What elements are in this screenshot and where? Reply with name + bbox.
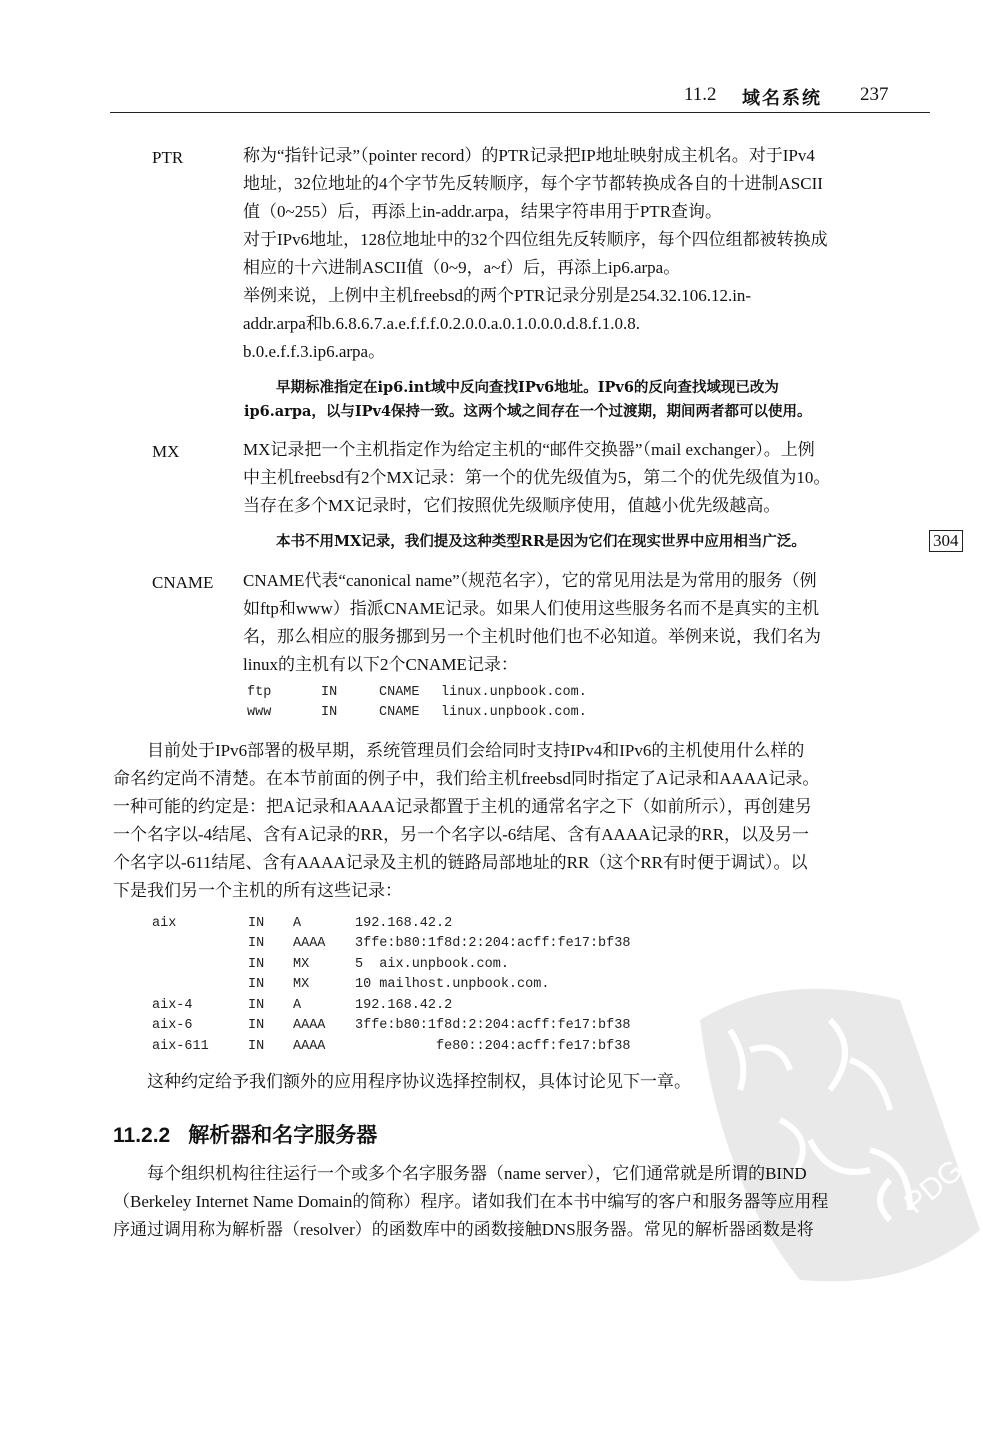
text-line: 当存在多个MX记录时，它们按照优先级顺序使用，值越小优先级越高。: [243, 492, 923, 520]
body-paragraph-resolvers: 每个组织机构往往运行一个或多个名字服务器（name server），它们通常就是…: [113, 1160, 928, 1244]
page-number: 237: [860, 84, 889, 106]
note-line: 早期标准指定在ip6.int域中反向查找IPv6地址。IPv6的反向查找域现已改…: [276, 376, 926, 400]
text-line: 地址，32位地址的4个字节先反转顺序，每个字节都转换成各自的十进制ASCII: [243, 170, 923, 198]
record-row: aix-6INAAAA3ffe:b80:1f8d:2:204:acff:fe17…: [152, 1016, 630, 1037]
text-line: 下是我们另一个主机的所有这些记录：: [113, 877, 928, 905]
text-line: 一种可能的约定是：把A记录和AAAA记录都置于主机的通常名字之下（如前所示），再…: [113, 793, 928, 821]
text-line: 一个名字以-4结尾、含有A记录的RR，另一个名字以-6结尾、含有AAAA记录的R…: [113, 821, 928, 849]
text-line: 对于IPv6地址，128位地址中的32个四位组先反转顺序，每个四位组都被转换成: [243, 226, 923, 254]
text-line: MX记录把一个主机指定作为给定主机的“邮件交换器”（mail exchanger…: [243, 436, 923, 464]
record-row: aixINA192.168.42.2: [152, 913, 630, 934]
section-title: 解析器和名字服务器: [188, 1124, 377, 1147]
text-line: 每个组织机构往往运行一个或多个名字服务器（name server），它们通常就是…: [113, 1160, 928, 1188]
code-row: www IN CNAME linux.unpbook.com.: [247, 703, 587, 724]
header-section-number: 11.2: [684, 84, 717, 106]
text-line: 如ftp和www）指派CNAME记录。如果人们使用这些服务名而不是真实的主机: [243, 595, 923, 623]
text-line: addr.arpa和b.6.8.6.7.a.e.f.f.f.0.2.0.0.a.…: [243, 310, 923, 338]
text-line: linux的主机有以下2个CNAME记录：: [243, 651, 923, 679]
running-header: 11.2 域名系统 237: [110, 84, 930, 114]
text-line: 举例来说，上例中主机freebsd的两个PTR记录分别是254.32.106.1…: [243, 282, 923, 310]
note-line: ip6.arpa，以与IPv4保持一致。这两个域之间存在一个过渡期，期间两者都可…: [244, 400, 926, 424]
record-row: aix-4INA192.168.42.2: [152, 995, 630, 1016]
term-cname: CNAME: [152, 573, 213, 593]
code-row: ftp IN CNAME linux.unpbook.com.: [247, 682, 587, 703]
text-line: 目前处于IPv6部署的极早期，系统管理员们会给同时支持IPv4和IPv6的主机使…: [113, 737, 928, 765]
text-line: 序通过调用称为解析器（resolver）的函数库中的函数接触DNS服务器。常见的…: [113, 1216, 928, 1244]
mx-definition: MX记录把一个主机指定作为给定主机的“邮件交换器”（mail exchanger…: [243, 436, 923, 520]
body-paragraph-naming: 目前处于IPv6部署的极早期，系统管理员们会给同时支持IPv4和IPv6的主机使…: [113, 737, 928, 905]
note-line: 本书不用MX记录，我们提及这种类型RR是因为它们在现实世界中应用相当广泛。: [276, 530, 916, 554]
text-line: （Berkeley Internet Name Domain的简称）程序。诸如我…: [113, 1188, 928, 1216]
ptr-note: 早期标准指定在ip6.int域中反向查找IPv6地址。IPv6的反向查找域现已改…: [276, 376, 926, 424]
text-line: 相应的十六进制ASCII值（0~9，a~f）后，再添上ip6.arpa。: [243, 254, 923, 282]
text-line: 个名字以-611结尾、含有AAAA记录及主机的链路局部地址的RR（这个RR有时便…: [113, 849, 928, 877]
text-line: b.0.e.f.f.3.ip6.arpa。: [243, 338, 923, 366]
record-row: INMX10 mailhost.unpbook.com.: [152, 975, 630, 996]
text-line: 名，那么相应的服务挪到另一个主机时他们也不必知道。举例来说，我们名为: [243, 623, 923, 651]
record-row: aix-611INAAAA fe80::204:acff:fe17:bf38: [152, 1036, 630, 1057]
cname-definition: CNAME代表“canonical name”（规范名字），它的常见用法是为常用…: [243, 567, 923, 679]
header-section-title: 域名系统: [742, 84, 822, 110]
text-line: 称为“指针记录”（pointer record）的PTR记录把IP地址映射成主机…: [243, 142, 923, 170]
text-line: 命名约定尚不清楚。在本节前面的例子中，我们给主机freebsd同时指定了A记录和…: [113, 765, 928, 793]
record-row: INMX5 aix.unpbook.com.: [152, 954, 630, 975]
aix-records-table: aixINA192.168.42.2 INAAAA3ffe:b80:1f8d:2…: [152, 913, 630, 1057]
text-line: 值（0~255）后，再添上in-addr.arpa，结果字符串用于PTR查询。: [243, 198, 923, 226]
section-heading: 11.2.2解析器和名字服务器: [113, 1119, 377, 1149]
mx-note: 本书不用MX记录，我们提及这种类型RR是因为它们在现实世界中应用相当广泛。: [276, 530, 916, 554]
cname-records: ftp IN CNAME linux.unpbook.com. www IN C…: [247, 682, 587, 723]
text-line: CNAME代表“canonical name”（规范名字），它的常见用法是为常用…: [243, 567, 923, 595]
text-line: 中主机freebsd有2个MX记录：第一个的优先级值为5，第二个的优先级值为10…: [243, 464, 923, 492]
term-mx: MX: [152, 442, 179, 462]
term-ptr: PTR: [152, 148, 183, 168]
record-row: INAAAA3ffe:b80:1f8d:2:204:acff:fe17:bf38: [152, 934, 630, 955]
section-number: 11.2.2: [113, 1124, 170, 1147]
body-paragraph-convention: 这种约定给予我们额外的应用程序协议选择控制权，具体讨论见下一章。: [147, 1068, 691, 1096]
ptr-definition: 称为“指针记录”（pointer record）的PTR记录把IP地址映射成主机…: [243, 142, 923, 366]
margin-page-reference: 304: [929, 530, 963, 552]
header-rule: [110, 112, 930, 113]
